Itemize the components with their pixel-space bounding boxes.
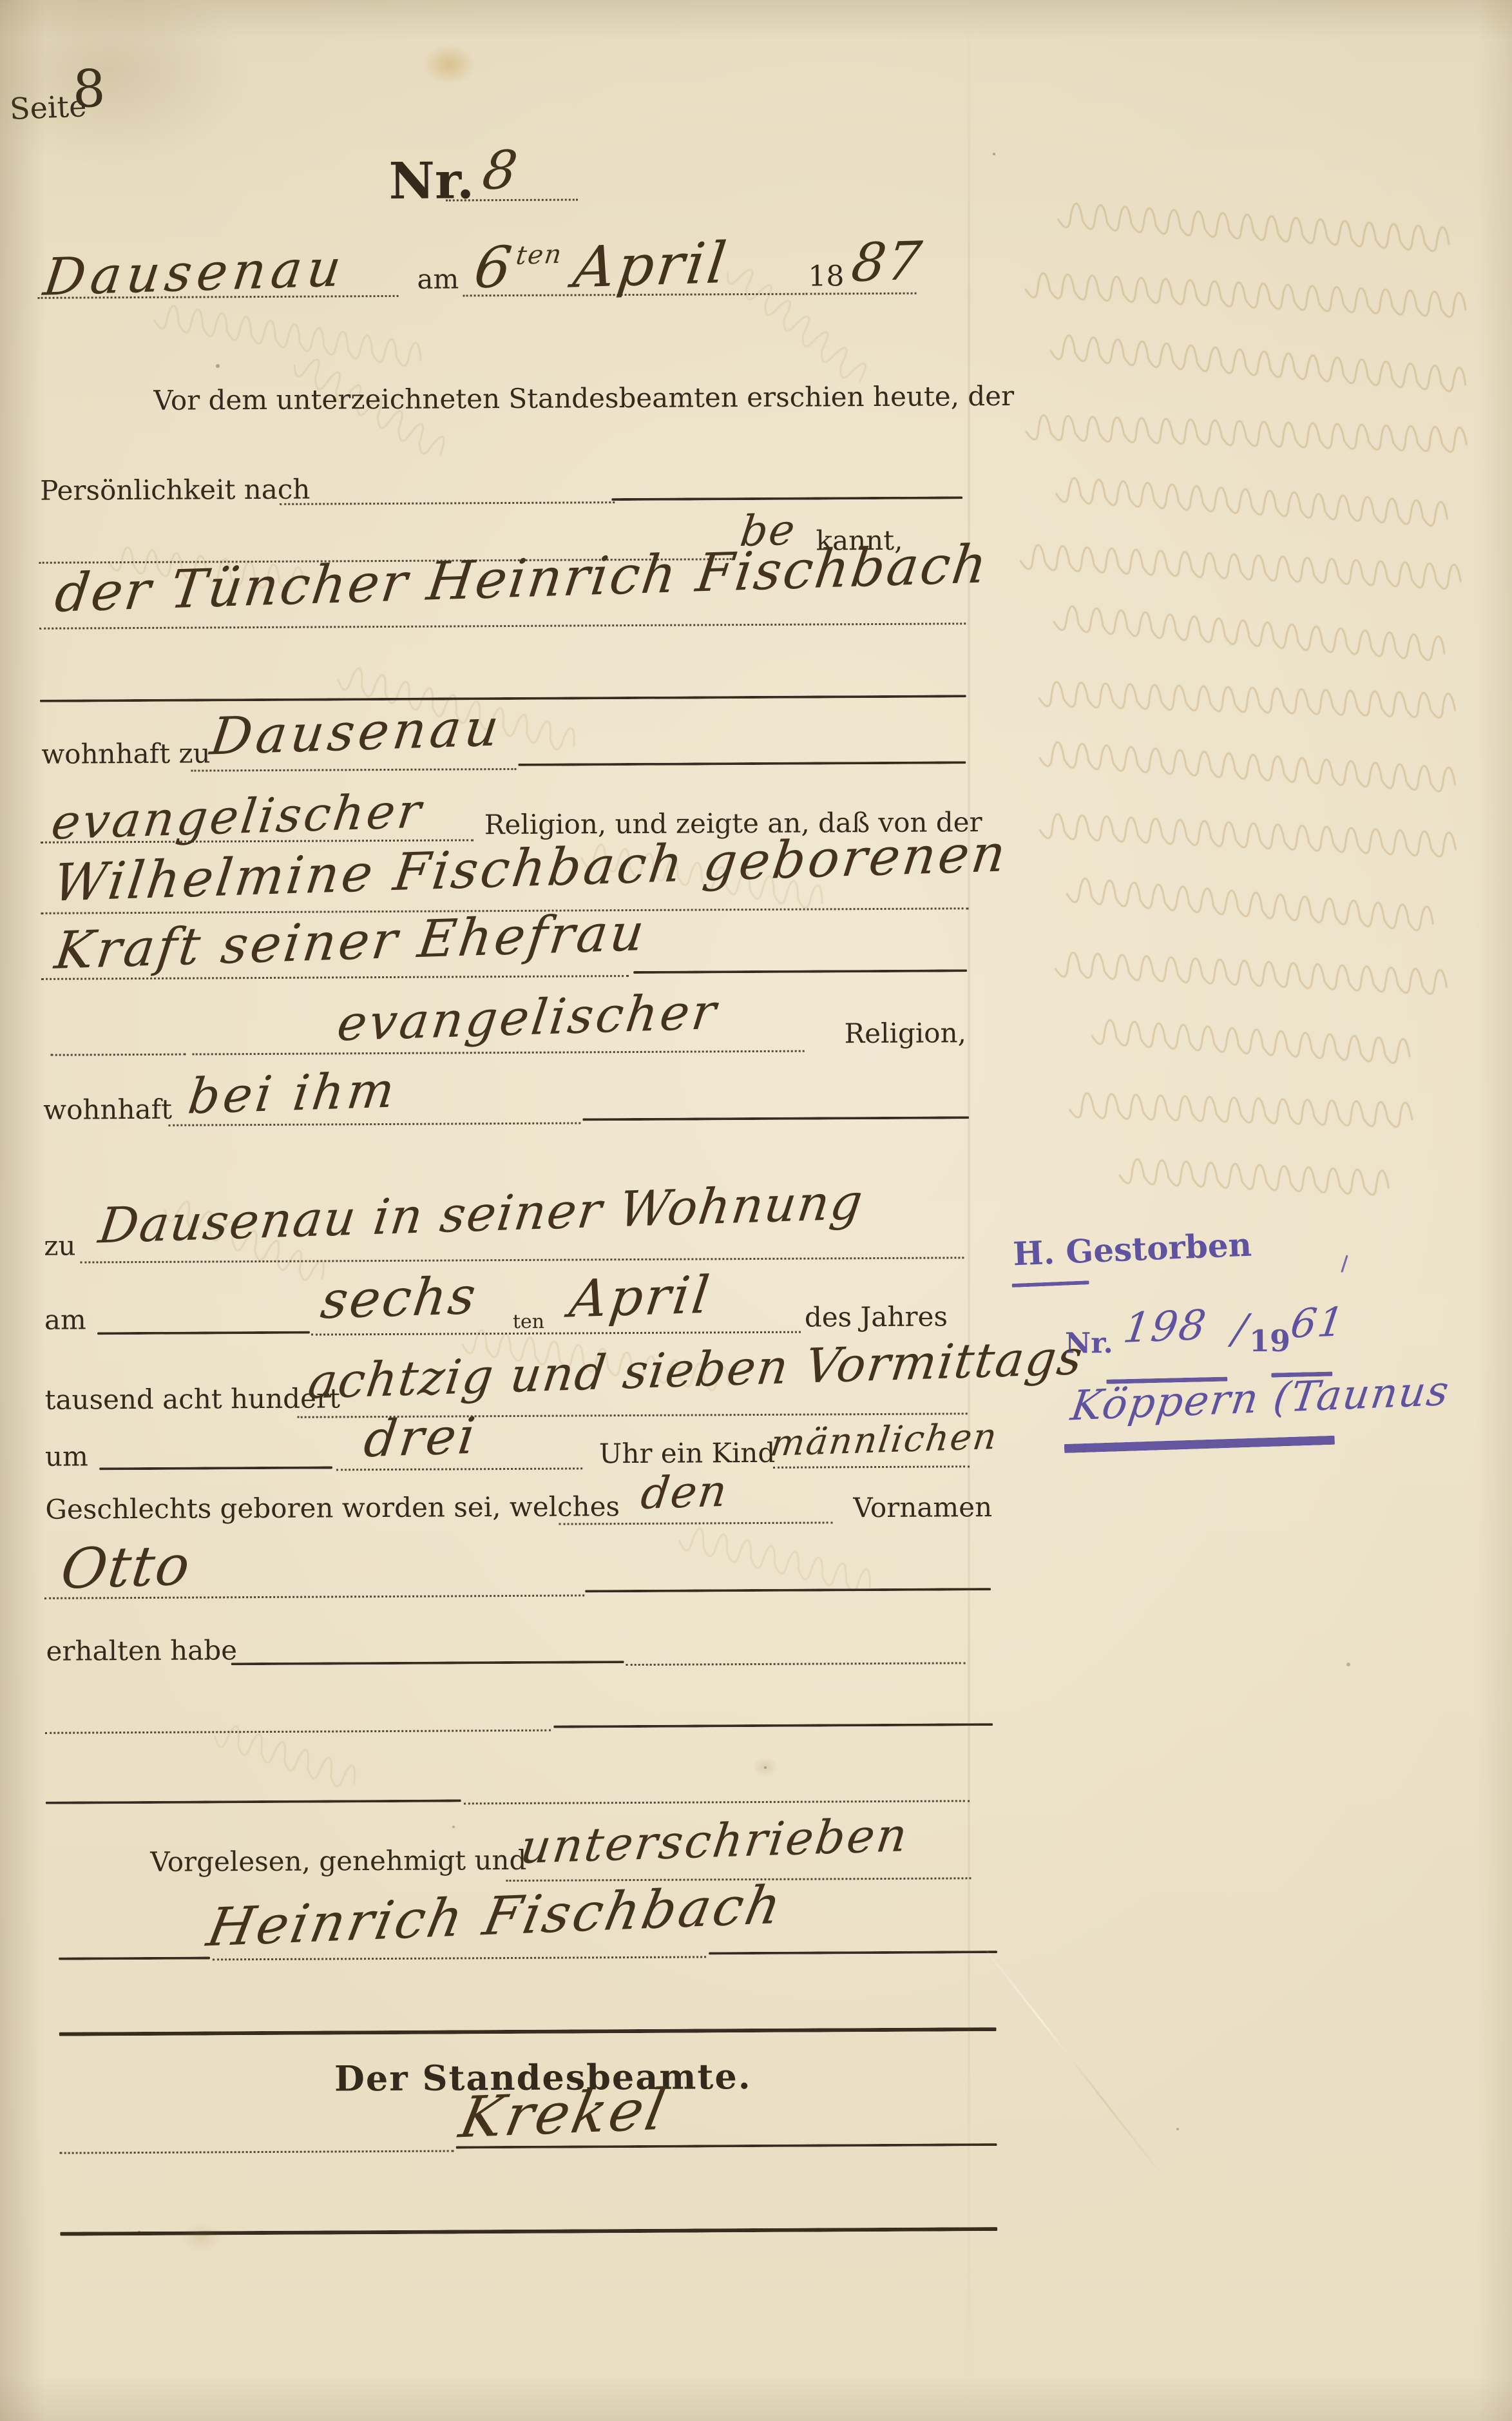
page-number: 8 (73, 59, 106, 119)
fill-line (60, 2150, 454, 2154)
bleedthrough-stroke (703, 245, 872, 393)
document-page: Seite 8 Nr. 8 Dausenau am 6 ten April 18… (0, 0, 1512, 2421)
stamp-line1: H. Gestorben (1012, 1226, 1252, 1273)
fill-line (611, 496, 962, 501)
fill-line (59, 1956, 210, 1960)
stamp-underline (1064, 1436, 1335, 1453)
fill-line (633, 969, 967, 974)
stamp-year-hand: 61 (1288, 1298, 1348, 1347)
bleedthrough-stroke (1018, 679, 1457, 724)
fill-line (97, 1331, 310, 1335)
fill-line (99, 1466, 332, 1470)
stamp-year-printed: 19 (1249, 1324, 1290, 1358)
wohnhaft-label: wohnhaft (43, 1094, 172, 1126)
ten-label: ten (513, 1311, 544, 1333)
uhr-label: Uhr ein Kind (599, 1437, 776, 1469)
blank-line (464, 1800, 970, 1804)
bleedthrough-stroke (1051, 874, 1435, 938)
bei-ihm-hand: bei ihm (185, 1061, 401, 1124)
bleedthrough-stroke (1093, 1155, 1391, 1202)
vornamen-label: Vornamen (853, 1491, 992, 1523)
vorgelesen-label: Vorgelesen, genehmigt und (150, 1844, 526, 1878)
archive-stamp: H. Gestorben Nr. 198 / 19 61 Köppern (Ta… (0, 0, 1506, 4)
bleedthrough-stroke (1031, 739, 1457, 798)
birth-month-hand: April (566, 1265, 715, 1329)
scan-content: Seite 8 Nr. 8 Dausenau am 6 ten April 18… (0, 0, 1512, 2421)
fill-line (806, 293, 917, 295)
persoenlichkeit-label: Persönlichkeit nach (40, 474, 311, 506)
date-year-printed: 18 (808, 260, 844, 293)
fill-line (311, 1331, 801, 1336)
stamp-underline (1012, 1280, 1089, 1288)
registrar-signature: Krekel (455, 2076, 673, 2151)
fill-line (191, 768, 516, 772)
fill-line (231, 1661, 624, 1665)
bleedthrough-stroke (1066, 1091, 1414, 1133)
stamp-tick (1341, 1255, 1348, 1273)
bleedthrough-stroke (1051, 200, 1451, 258)
blank-line (45, 1730, 551, 1734)
fill-line (446, 198, 578, 201)
zu-label: zu (44, 1230, 75, 1262)
fill-line (336, 1467, 582, 1471)
gender-hand: männlichen (768, 1416, 1000, 1465)
wohnhaft-zu-label: wohnhaft zu (41, 737, 211, 769)
birth-place: Dausenau in seiner Wohnung (95, 1173, 866, 1254)
unterschrieben-hand: unterschrieben (517, 1808, 912, 1874)
date-year-hand: 87 (848, 231, 926, 294)
den-hand: den (638, 1466, 731, 1519)
date-day-suffix: ten (514, 240, 564, 271)
vertical-crease (968, 0, 970, 2421)
intro-line: Vor dem unterzeichneten Standesbeamten e… (153, 380, 1014, 416)
fill-line (59, 2027, 997, 2036)
um-label: um (45, 1440, 88, 1472)
ink-specks (0, 0, 3, 3)
fill-line (518, 761, 966, 766)
tausend-label: tausend acht hundert (44, 1382, 340, 1415)
fill-line (80, 1257, 964, 1263)
bleedthrough-stroke (1016, 271, 1468, 324)
fill-line (193, 1050, 805, 1056)
bleedthrough-stroke (1076, 1016, 1412, 1070)
fill-line (585, 1588, 991, 1592)
bleedthrough-stroke (1017, 543, 1463, 595)
fill-line (626, 1662, 966, 1666)
des-jahres-label: des Jahres (805, 1300, 948, 1333)
record-number-label: Nr. (388, 151, 474, 211)
geschlechts-label: Geschlechts geboren worden sei, welches (45, 1490, 620, 1525)
fill-line (709, 1951, 997, 1954)
date-am-label: am (417, 263, 459, 294)
fill-line (582, 1116, 969, 1121)
child-name: Otto (57, 1533, 195, 1601)
blank-line (46, 1799, 461, 1804)
bleedthrough-stroke (1049, 603, 1447, 668)
birth-day-hand: sechs (318, 1266, 481, 1331)
blank-line (553, 1723, 993, 1728)
date-month: April (570, 229, 732, 301)
date-day: 6 (471, 233, 517, 301)
fill-line (51, 1054, 186, 1056)
stamp-slash: / (1230, 1305, 1251, 1353)
bleedthrough-stroke (1019, 811, 1458, 863)
stamp-number: 198 (1120, 1302, 1210, 1353)
bleedthrough-stroke (192, 1713, 361, 1798)
record-number-value: 8 (479, 139, 522, 202)
declarant-signature: Heinrich Fischbach (202, 1875, 789, 1959)
mother-religion-hand: evangelischer (334, 983, 722, 1052)
stamp-nr-label: Nr. (1065, 1327, 1113, 1360)
erhalten-label: erhalten habe (46, 1634, 237, 1667)
mother-name-line2: Kraft seiner Ehefrau (52, 902, 650, 981)
fill-line (773, 1465, 970, 1469)
bleedthrough-stroke (1029, 331, 1468, 399)
stamp-place: Köppern (Taunus (1068, 1367, 1453, 1430)
bleedthrough-stroke (1029, 474, 1450, 533)
fill-line (280, 501, 615, 505)
declarant-name: der Tüncher Heinrich Fischbach (52, 534, 992, 624)
hour-hand: drei (361, 1407, 481, 1469)
bleedthrough-layer (0, 0, 1506, 4)
fill-line (60, 2227, 997, 2236)
bleedthrough-stroke (1017, 413, 1468, 459)
fill-line (213, 1956, 706, 1960)
fill-line (39, 622, 966, 630)
mother-religion-printed: Religion, (844, 1017, 966, 1049)
residence-place: Dausenau (207, 697, 506, 766)
bleedthrough-stroke (1032, 949, 1449, 1001)
am-label: am (44, 1304, 86, 1335)
